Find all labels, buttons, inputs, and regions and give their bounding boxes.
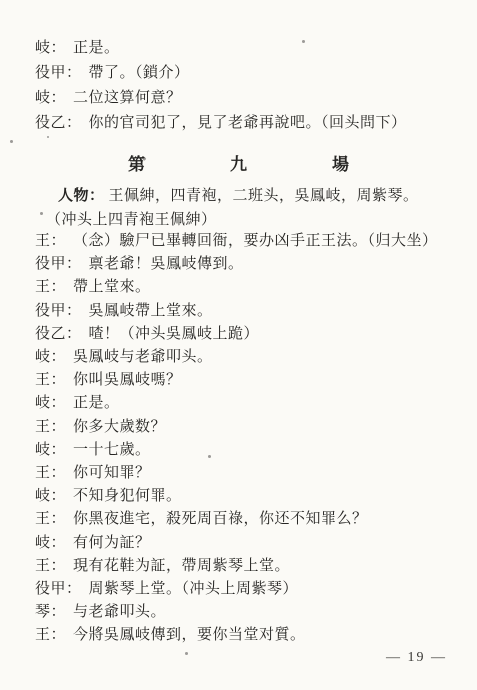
- dialogue-text: 吳鳳岐与老爺叩头。: [73, 346, 213, 369]
- dialogue-text: 与老爺叩头。: [73, 601, 166, 624]
- dialogue-line: 王：你多大歲数？: [35, 416, 477, 439]
- dialogue-text: 你多大歲数？: [73, 416, 166, 439]
- dialogue-text: 不知身犯何罪。: [73, 485, 182, 508]
- scan-speck: [208, 455, 211, 458]
- cast-names: 王佩紳，四青袍，二班头，吳鳳岐，周紫琴。: [109, 188, 419, 204]
- speaker-label: 王：: [35, 369, 66, 392]
- dialogue-text: 二位这算何意？: [73, 86, 182, 111]
- dialogue-line: 王：帶上堂來。: [35, 276, 477, 299]
- speaker-label: 岐：: [35, 532, 66, 555]
- cast-label: 人物：: [58, 188, 105, 204]
- dialogue-line: 岐：一十七歲。: [35, 439, 477, 462]
- speaker-label: 岐：: [35, 485, 66, 508]
- dialogue-line: 琴：与老爺叩头。: [35, 601, 477, 624]
- dialogue-line: 役甲：周紫琴上堂。（冲头上周紫琴）: [35, 578, 477, 601]
- dialogue-text: 一十七歲。: [73, 439, 151, 462]
- dialogue-line: 岐：吳鳳岐与老爺叩头。: [35, 346, 477, 369]
- dialogue-text: 現有花鞋为証，帶周紫琴上堂。: [73, 555, 290, 578]
- dialogue-line: 王：你可知罪？: [35, 462, 477, 485]
- dialogue-line: 役甲：禀老爺！吳鳳岐傳到。: [35, 253, 477, 276]
- dialogue-line: 役甲：吳鳳岐帶上堂來。: [35, 300, 477, 323]
- dialogue-line: 役乙：喳！（冲头吳鳳岐上跪）: [35, 323, 477, 346]
- page-number: — 19 —: [386, 650, 447, 666]
- speaker-label: 岐：: [35, 36, 66, 61]
- dialogue-text: 帶上堂來。: [73, 276, 151, 299]
- speaker-label: 役甲：: [35, 61, 82, 86]
- dialogue-text: 你黑夜進宅，殺死周百祿，你还不知罪么？: [73, 508, 368, 531]
- speaker-label: 役乙：: [35, 111, 82, 136]
- dialogue-line: 王：今將吳鳳岐傳到，要你当堂对質。: [35, 624, 477, 647]
- opening-dialogue-block: 岐：正是。 役甲：帶了。（鎖介） 岐：二位这算何意？ 役乙：你的官司犯了，見了老…: [0, 36, 477, 136]
- dialogue-text: 周紫琴上堂。（冲头上周紫琴）: [89, 578, 299, 601]
- speaker-label: 王：: [35, 462, 66, 485]
- speaker-label: 役甲：: [35, 300, 82, 323]
- dialogue-text: 你叫吳鳳岐嗎？: [73, 369, 182, 392]
- dialogue-text: 吳鳳岐帶上堂來。: [89, 300, 213, 323]
- speaker-label: 岐：: [35, 86, 66, 111]
- scan-speck: [302, 40, 305, 43]
- dialogue-text: 喳！（冲头吳鳳岐上跪）: [89, 323, 260, 346]
- dialogue-line: 岐：有何为証？: [35, 532, 477, 555]
- dialogue-line: 王：你叫吳鳳岐嗎？: [35, 369, 477, 392]
- scanned-script-page: 岐：正是。 役甲：帶了。（鎖介） 岐：二位这算何意？ 役乙：你的官司犯了，見了老…: [0, 0, 477, 690]
- dialogue-line: 王：你黑夜進宅，殺死周百祿，你还不知罪么？: [35, 508, 477, 531]
- dialogue-line: 岐：正是。: [35, 36, 477, 61]
- speaker-label: 王：: [35, 416, 66, 439]
- scan-speck: [10, 140, 13, 143]
- speaker-label: 王：: [35, 508, 66, 531]
- dialogue-text: （念）驗尸已畢轉回衙，要办凶手正王法。（归大坐）: [73, 230, 438, 253]
- speaker-label: 王：: [35, 230, 66, 253]
- dialogue-text: 今將吳鳳岐傳到，要你当堂对質。: [73, 624, 306, 647]
- dialogue-line: 岐：二位这算何意？: [35, 86, 477, 111]
- speaker-label: 岐：: [35, 346, 66, 369]
- cast-list-line: 人物：王佩紳，四青袍，二班头，吳鳳岐，周紫琴。: [58, 184, 419, 205]
- scene-heading: 第 九 場: [0, 150, 477, 175]
- scene-dialogue-block: 王：（念）驗尸已畢轉回衙，要办凶手正王法。（归大坐） 役甲：禀老爺！吳鳳岐傳到。…: [0, 230, 477, 648]
- dialogue-line: 岐：不知身犯何罪。: [35, 485, 477, 508]
- stage-direction: （冲头上四青袍王佩紳）: [46, 208, 217, 229]
- dialogue-text: 禀老爺！吳鳳岐傳到。: [89, 253, 244, 276]
- speaker-label: 琴：: [35, 601, 66, 624]
- speaker-label: 役甲：: [35, 253, 82, 276]
- dialogue-line: 役乙：你的官司犯了，見了老爺再說吧。（回头問下）: [35, 111, 477, 136]
- dialogue-line: 役甲：帶了。（鎖介）: [35, 61, 477, 86]
- dialogue-text: 正是。: [73, 36, 120, 61]
- dialogue-text: 你可知罪？: [73, 462, 151, 485]
- speaker-label: 役甲：: [35, 578, 82, 601]
- dialogue-line: 王：（念）驗尸已畢轉回衙，要办凶手正王法。（归大坐）: [35, 230, 477, 253]
- scan-speck: [40, 212, 43, 215]
- dialogue-text: 正是。: [73, 392, 120, 415]
- dialogue-text: 有何为証？: [73, 532, 151, 555]
- speaker-label: 岐：: [35, 439, 66, 462]
- dialogue-text: 你的官司犯了，見了老爺再說吧。（回头問下）: [89, 111, 407, 136]
- speaker-label: 岐：: [35, 392, 66, 415]
- speaker-label: 王：: [35, 276, 66, 299]
- speaker-label: 王：: [35, 624, 66, 647]
- dialogue-line: 王：現有花鞋为証，帶周紫琴上堂。: [35, 555, 477, 578]
- speaker-label: 王：: [35, 555, 66, 578]
- dialogue-line: 岐：正是。: [35, 392, 477, 415]
- dialogue-text: 帶了。（鎖介）: [89, 61, 190, 86]
- scan-speck: [185, 652, 188, 655]
- speaker-label: 役乙：: [35, 323, 82, 346]
- scan-speck: [47, 136, 49, 138]
